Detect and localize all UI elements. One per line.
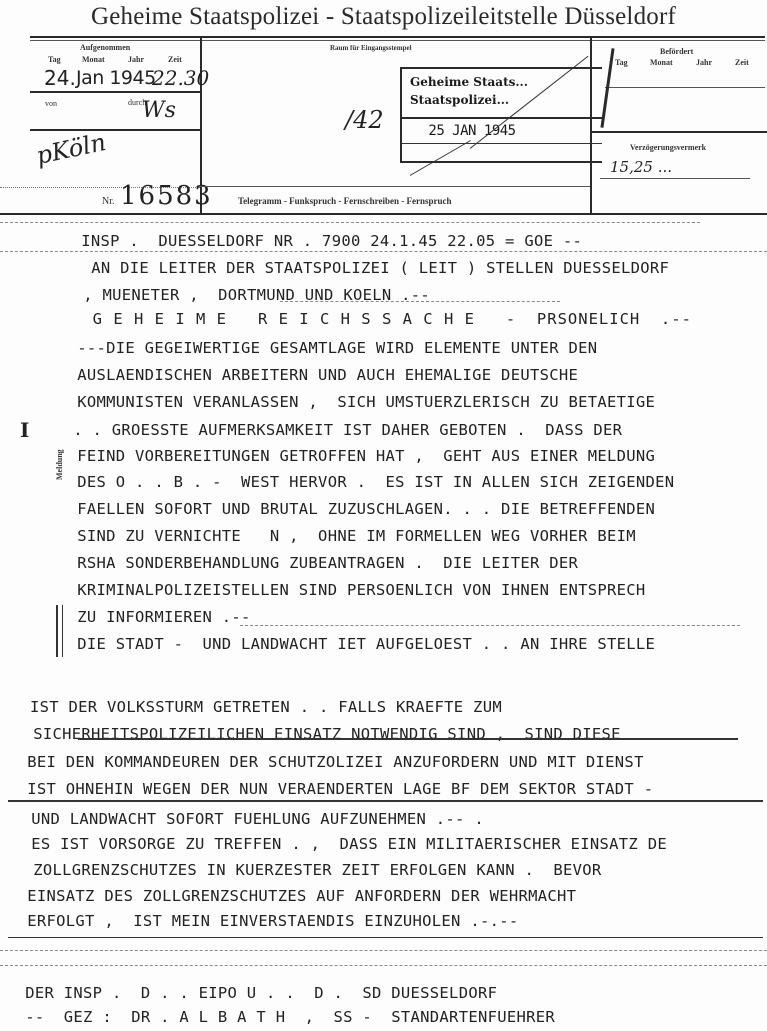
message-line: BEI DEN KOMMANDEUREN DER SCHUTZOLIZEI AN…	[8, 752, 644, 772]
noise-line	[0, 251, 767, 252]
noise-line	[0, 965, 767, 966]
message-line: G E H E I M E R E I C H S S A C H E - PR…	[72, 309, 692, 329]
nr-label: Nr.	[102, 196, 115, 207]
margin-bracket	[62, 605, 63, 657]
left-row-divider-2	[30, 129, 200, 131]
forwarded-col-month: Monat	[650, 58, 673, 67]
form-top-border	[30, 36, 765, 38]
message-line: . . GROESSTE AUFMERKSAMKEIT IST DAHER GE…	[54, 420, 622, 440]
forwarded-row-divider	[605, 87, 765, 88]
receipt-stamp: Geheime Staats... Staatspolizei... 25 JA…	[400, 67, 602, 163]
durch-value: Ws	[142, 98, 176, 123]
transmission-types: Telegramm - Funkspruch - Fernschreiben -…	[238, 196, 452, 206]
message-line: KRIMINALPOLIZEISTELLEN SIND PERSOENLICH …	[58, 580, 646, 600]
letterhead: Geheime Staatspolizei - Staatspolizeilei…	[0, 0, 767, 34]
left-row-divider-1	[30, 91, 200, 93]
message-line: IST DER VOLKSSTURM GETRETEN . . FALLS KR…	[30, 697, 502, 717]
underline-rule	[78, 738, 738, 740]
underline-rule	[8, 800, 763, 802]
signature-line: DER INSP . D . . EIPO U . . D . SD DUESS…	[6, 983, 497, 1003]
message-line: ---DIE GEGEIWERTIGE GESAMTLAGE WIRD ELEM…	[58, 338, 597, 358]
delay-note-underline	[600, 178, 750, 179]
noise-line	[240, 625, 740, 626]
message-line: ZOLLGRENZSCHUTZES IN KUERZESTER ZEIT ERF…	[14, 860, 602, 880]
received-col-month: Monat	[82, 55, 105, 64]
stamp-line-1: Geheime Staats...	[410, 75, 528, 89]
handwritten-mark: /42	[345, 106, 384, 134]
received-day: 24.	[44, 66, 76, 90]
forwarded-header: Befördert	[660, 47, 693, 56]
delay-note-label: Verzögerungsvermerk	[630, 143, 706, 152]
noise-line	[280, 301, 560, 302]
message-line: AUSLAENDISCHEN ARBEITERN UND AUCH EHEMAL…	[58, 365, 578, 385]
form-bottom-border	[0, 213, 767, 215]
forwarded-col-time: Zeit	[735, 58, 749, 67]
message-line: UND LANDWACHT SOFORT FUEHLUNG AUFZUNEHME…	[12, 809, 484, 829]
noise-line	[0, 950, 767, 951]
message-line: , MUENETER , DORTMUND UND KOELN .--	[64, 285, 430, 305]
message-line: ZU INFORMIEREN .--	[58, 607, 251, 627]
message-line: DIE STADT - UND LANDWACHT IET AUFGELOEST…	[58, 634, 655, 654]
stamp-area-label: Raum für Eingangsstempel	[330, 44, 412, 52]
stamp-line-2: Staatspolizei...	[410, 93, 509, 107]
telegram-document: Geheime Staatspolizei - Staatspolizeilei…	[0, 0, 767, 1031]
von-label: von	[45, 99, 57, 108]
received-month-year: Jan 1945	[76, 67, 156, 89]
forwarded-col-day: Tag	[615, 58, 628, 67]
noise-line	[0, 222, 700, 223]
margin-handwritten-mark: I	[20, 418, 29, 442]
forwarded-check-stroke	[600, 48, 614, 128]
message-line: IST OHNEHIN WEGEN DER NUN VERAENDERTEN L…	[8, 779, 653, 799]
received-header: Aufgenommen	[80, 43, 130, 52]
message-line: SIND ZU VERNICHTE N , OHNE IM FORMELLEN …	[58, 526, 636, 546]
message-line: RSHA SONDERBEHANDLUNG ZUBEANTRAGEN . DIE…	[58, 553, 578, 573]
message-line: ES IST VORSORGE ZU TREFFEN . , DASS EIN …	[12, 834, 667, 854]
form-top-border-inner	[30, 40, 765, 41]
message-line: KOMMUNISTEN VERANLASSEN , SICH UMSTUERZL…	[58, 392, 655, 412]
message-line: SICHERHEITSPOLIZEILICHEN EINSATZ NOTWEND…	[14, 724, 621, 744]
received-time: 22.30	[152, 66, 209, 90]
margin-note-vertical: Meldung	[55, 420, 64, 480]
underline-rule	[8, 937, 763, 938]
message-line: EINSATZ DES ZOLLGRENZSCHUTZES AUF ANFORD…	[8, 886, 576, 906]
received-col-day: Tag	[48, 55, 61, 64]
message-line: AN DIE LEITER DER STAATSPOLIZEI ( LEIT )…	[72, 258, 669, 278]
stamp-date: 25 JAN 1945	[402, 123, 542, 139]
message-line: ERFOLGT , IST MEIN EINVERSTAENDIS EINZUH…	[8, 911, 518, 931]
message-line: FEIND VORBEREITUNGEN GETROFFEN HAT , GEH…	[58, 446, 655, 466]
message-line: INSP . DUESSELDORF NR . 7900 24.1.45 22.…	[62, 231, 582, 251]
received-col-year: Jahr	[128, 55, 144, 64]
message-line: FAELLEN SOFORT UND BRUTAL ZUZUSCHLAGEN. …	[58, 499, 655, 519]
message-line: DES O . . B . - WEST HERVOR . ES IST IN …	[58, 472, 674, 492]
middle-row-divider	[200, 186, 590, 187]
delay-note-value: 15,25 ...	[610, 158, 672, 176]
nr-value: 16583	[120, 181, 213, 211]
right-row-divider	[590, 131, 767, 133]
signature-line: -- GEZ : DR . A L B A T H , SS - STANDAR…	[6, 1007, 555, 1027]
forwarded-col-year: Jahr	[696, 58, 712, 67]
origin-handwritten: pKöln	[34, 128, 109, 170]
margin-bracket	[56, 605, 58, 657]
received-col-time: Zeit	[168, 55, 182, 64]
